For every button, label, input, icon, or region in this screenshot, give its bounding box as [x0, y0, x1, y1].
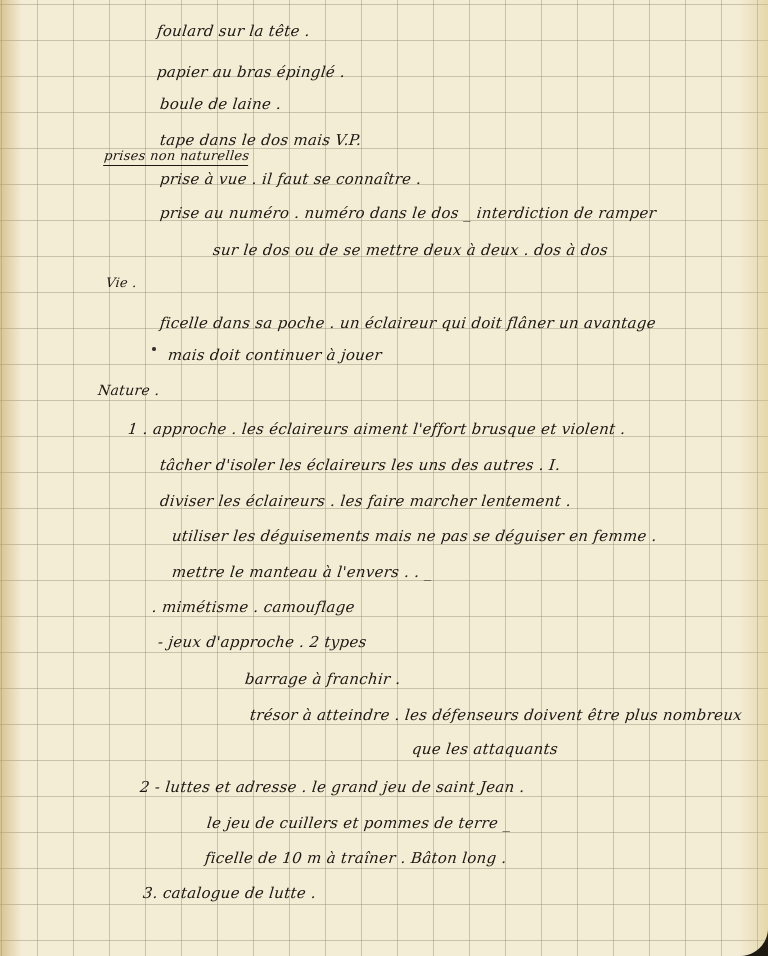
- margin-heading: prises non naturelles: [103, 149, 250, 166]
- text-line: 2 - luttes et adresse . le grand jeu de …: [139, 778, 526, 796]
- ink-speck: [152, 347, 156, 351]
- text-line: utiliser les déguisements mais ne pas se…: [171, 527, 658, 545]
- text-line: . mimétisme . camouflage: [151, 598, 356, 616]
- section-heading: Vie .: [105, 276, 137, 291]
- text-line: ficelle de 10 m à traîner . Bâton long .: [204, 849, 508, 867]
- text-line: trésor à atteindre . les défenseurs doiv…: [249, 706, 743, 724]
- text-line: mettre le manteau à l'envers . . _: [171, 563, 433, 581]
- text-line: boule de laine .: [159, 95, 282, 113]
- section-heading: Nature .: [97, 383, 160, 399]
- notebook-page: foulard sur la tête . papier au bras épi…: [0, 0, 768, 956]
- text-line: papier au bras épinglé .: [156, 63, 346, 81]
- text-line: foulard sur la tête .: [156, 22, 311, 40]
- text-line: tape dans le dos mais V.P.: [159, 131, 362, 149]
- text-line: - jeux d'approche . 2 types: [157, 633, 368, 651]
- text-line: prise au numéro . numéro dans le dos _ i…: [159, 204, 657, 222]
- text-line: tâcher d'isoler les éclaireurs les uns d…: [159, 456, 561, 474]
- text-line: prise à vue . il faut se connaître .: [159, 170, 422, 188]
- text-line: mais doit continuer à jouer: [167, 346, 383, 364]
- text-line: diviser les éclaireurs . les faire march…: [159, 492, 572, 510]
- text-line: barrage à franchir .: [244, 670, 402, 688]
- text-line: le jeu de cuillers et pommes de terre _: [206, 814, 512, 832]
- text-line: ficelle dans sa poche . un éclaireur qui…: [159, 314, 657, 332]
- text-line: que les attaquants: [411, 740, 559, 758]
- text-line: sur le dos ou de se mettre deux à deux .…: [212, 241, 609, 259]
- text-line: 3. catalogue de lutte .: [142, 884, 317, 902]
- text-line: 1 . approche . les éclaireurs aiment l'e…: [127, 420, 627, 438]
